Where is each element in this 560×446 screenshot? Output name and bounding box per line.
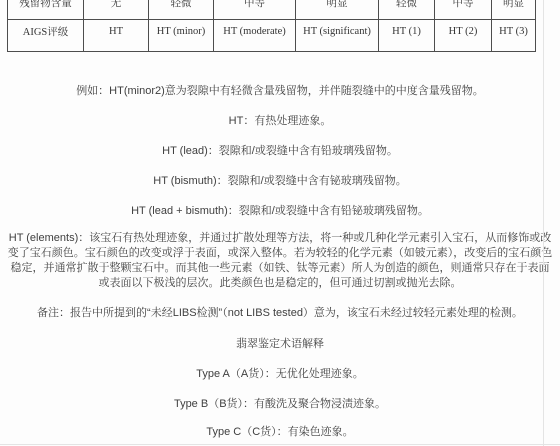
grade-table-clip: 残留物含量 无 轻微 中等 明显 轻微 中等 明显 AIGS评级 HT HT (… — [0, 0, 560, 52]
residue-row-label-cell: 残留物含量 — [8, 0, 84, 20]
residue-minor-cell: 轻微 — [149, 0, 214, 20]
rating-ht2-cell: HT (2) — [435, 20, 492, 52]
rating-ht-cell: HT — [84, 20, 149, 52]
ht-bismuth-definition-line: HT (bismuth)：裂隙和/或裂缝中含有铋玻璃残留物。 — [6, 174, 554, 189]
residue-level3-cell: 明显 — [492, 0, 536, 20]
residue-significant-cell: 明显 — [296, 0, 379, 20]
libs-note-line: 备注：报告中所提到的“未经LIBS检测”（not LIBS tested）意为，… — [6, 306, 554, 321]
rating-ht3-cell: HT (3) — [492, 20, 536, 52]
residue-level1-cell: 轻微 — [379, 0, 435, 20]
terminology-text-block: 例如：HT(minor2)意为裂隙中有轻微含量残留物，并伴随裂缝中的中度含量残留… — [0, 84, 560, 440]
page-right-edge-line — [543, 0, 544, 446]
rating-ht-minor-cell: HT (minor) — [149, 20, 214, 52]
ht-lead-bismuth-definition-line: HT (lead + bismuth)：裂隙和/或裂缝中含有铅铋玻璃残留物。 — [6, 204, 554, 219]
residue-level2-cell: 中等 — [435, 0, 492, 20]
rating-ht-significant-cell: HT (significant) — [296, 20, 379, 52]
aigs-rating-row: AIGS评级 HT HT (minor) HT (moderate) HT (s… — [8, 20, 536, 52]
type-a-definition-line: Type A（A货）：无优化处理迹象。 — [6, 367, 554, 382]
jade-terms-title: 翡翠鉴定术语解释 — [6, 337, 554, 352]
rating-ht-moderate-cell: HT (moderate) — [214, 20, 296, 52]
example-ht-minor2-line: 例如：HT(minor2)意为裂隙中有轻微含量残留物，并伴随裂缝中的中度含量残留… — [6, 84, 554, 99]
rating-row-label-cell: AIGS评级 — [8, 20, 84, 52]
residue-content-row: 残留物含量 无 轻微 中等 明显 轻微 中等 明显 — [8, 0, 536, 20]
type-b-definition-line: Type B（B货）：有酸洗及聚合物浸渍迹象。 — [6, 397, 554, 412]
type-c-definition-line: Type C（C货）：有染色迹象。 — [6, 425, 554, 440]
page-bottom-edge-line — [0, 444, 560, 445]
aigs-grade-table: 残留物含量 无 轻微 中等 明显 轻微 中等 明显 AIGS评级 HT HT (… — [7, 0, 536, 52]
ht-elements-paragraph: HT (elements)：该宝石有热处理迹象，并通过扩散处理等方法，将一种或几… — [6, 231, 554, 291]
residue-moderate-cell: 中等 — [214, 0, 296, 20]
ht-lead-definition-line: HT (lead)：裂隙和/或裂缝中含有铅玻璃残留物。 — [6, 144, 554, 159]
rating-ht1-cell: HT (1) — [379, 20, 435, 52]
residue-none-cell: 无 — [84, 0, 149, 20]
ht-definition-line: HT：有热处理迹象。 — [6, 114, 554, 129]
